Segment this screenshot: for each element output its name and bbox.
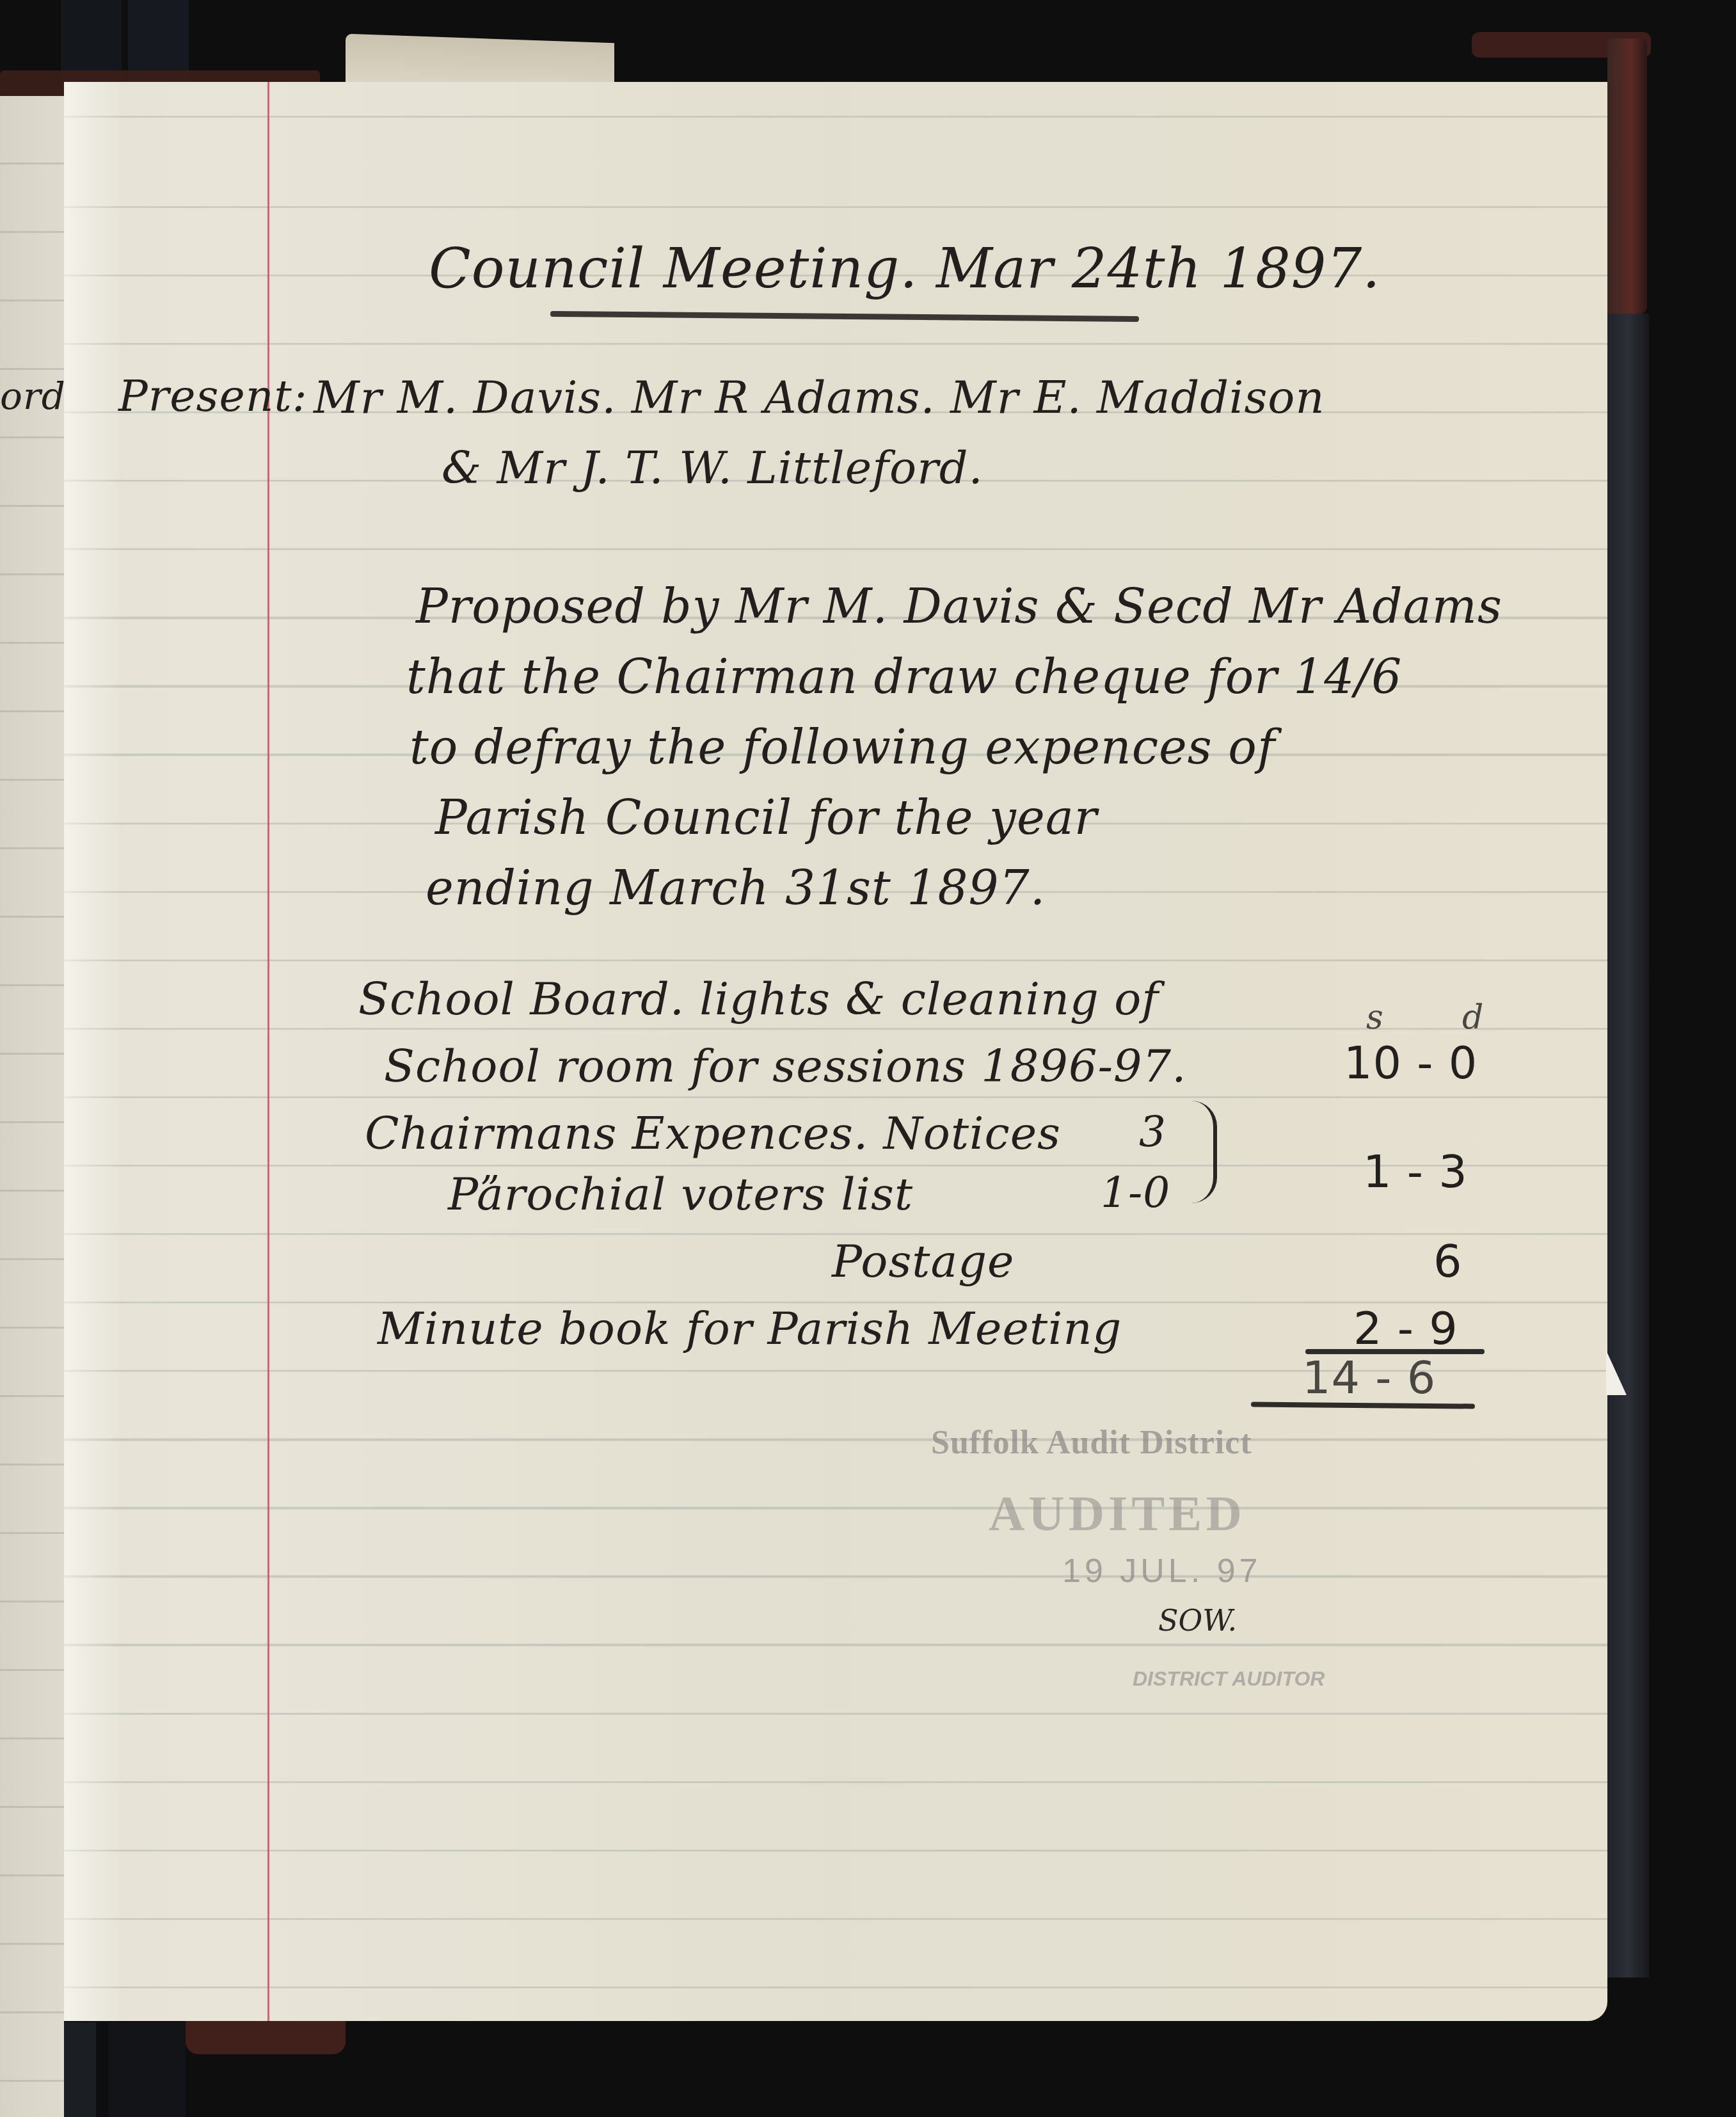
ledger-item-amount: 2 - 9 <box>1353 1302 1458 1355</box>
present-label: Present: <box>118 371 308 422</box>
motion-line: Proposed by Mr M. Davis & Secd Mr Adams <box>416 579 1502 634</box>
auditor-initials: SOW. <box>1158 1603 1237 1638</box>
leather-cover-corner <box>1607 38 1647 314</box>
ledger-item-description: School room for sessions 1896-97. <box>384 1040 1186 1092</box>
audit-stamp-date: 19 JUL. 97 <box>1062 1552 1262 1590</box>
pence-column-header: d <box>1462 998 1484 1037</box>
ledger-sub-amount: 3 <box>1139 1107 1167 1156</box>
motion-line: Parish Council for the year <box>435 790 1097 845</box>
page-gutter-shadow <box>64 82 122 2021</box>
ledger-item-amount: 10 - 0 <box>1344 1037 1477 1089</box>
audit-stamp-footer: DISTRICT AUDITOR <box>1133 1667 1325 1691</box>
ledger-sub-amount: 1-0 <box>1101 1168 1170 1217</box>
attendees-line-1: Mr M. Davis. Mr R Adams. Mr E. Maddison <box>314 371 1325 424</box>
book-spine-strip <box>109 2022 186 2117</box>
motion-line: that the Chairman draw cheque for 14/6 <box>406 650 1402 705</box>
ledger-item-description: Postage <box>832 1235 1014 1288</box>
leather-cover-edge <box>186 2016 346 2054</box>
audit-stamp-audited: AUDITED <box>989 1485 1246 1542</box>
ledger-item-amount: 1 - 3 <box>1363 1146 1468 1198</box>
ledger-item-description: Minute book for Parish Meeting <box>378 1302 1122 1355</box>
page-title: Council Meeting. Mar 24th 1897. <box>429 237 1381 301</box>
book-spine-strip <box>64 2022 96 2117</box>
motion-line: ending March 31st 1897. <box>426 861 1046 916</box>
ledger-item-amount: 6 <box>1433 1235 1463 1288</box>
cloth-binding <box>1607 314 1649 1977</box>
motion-line: to defray the following expences of <box>410 720 1275 775</box>
ledger-item-description: Parochial voters list <box>448 1168 913 1220</box>
ledger-item-description: School Board. lights & cleaning of <box>358 973 1159 1025</box>
attendees-line-2: & Mr J. T. W. Littleford. <box>442 442 983 494</box>
shillings-column-header: s <box>1366 998 1384 1037</box>
ledger-item-description: Chairmans Expences. Notices <box>365 1107 1061 1160</box>
bracket-brace <box>1190 1101 1217 1203</box>
ledger-total: 14 - 6 <box>1302 1352 1436 1404</box>
audit-stamp-district: Suffolk Audit District <box>931 1424 1252 1462</box>
left-page-text: ord <box>0 374 66 418</box>
